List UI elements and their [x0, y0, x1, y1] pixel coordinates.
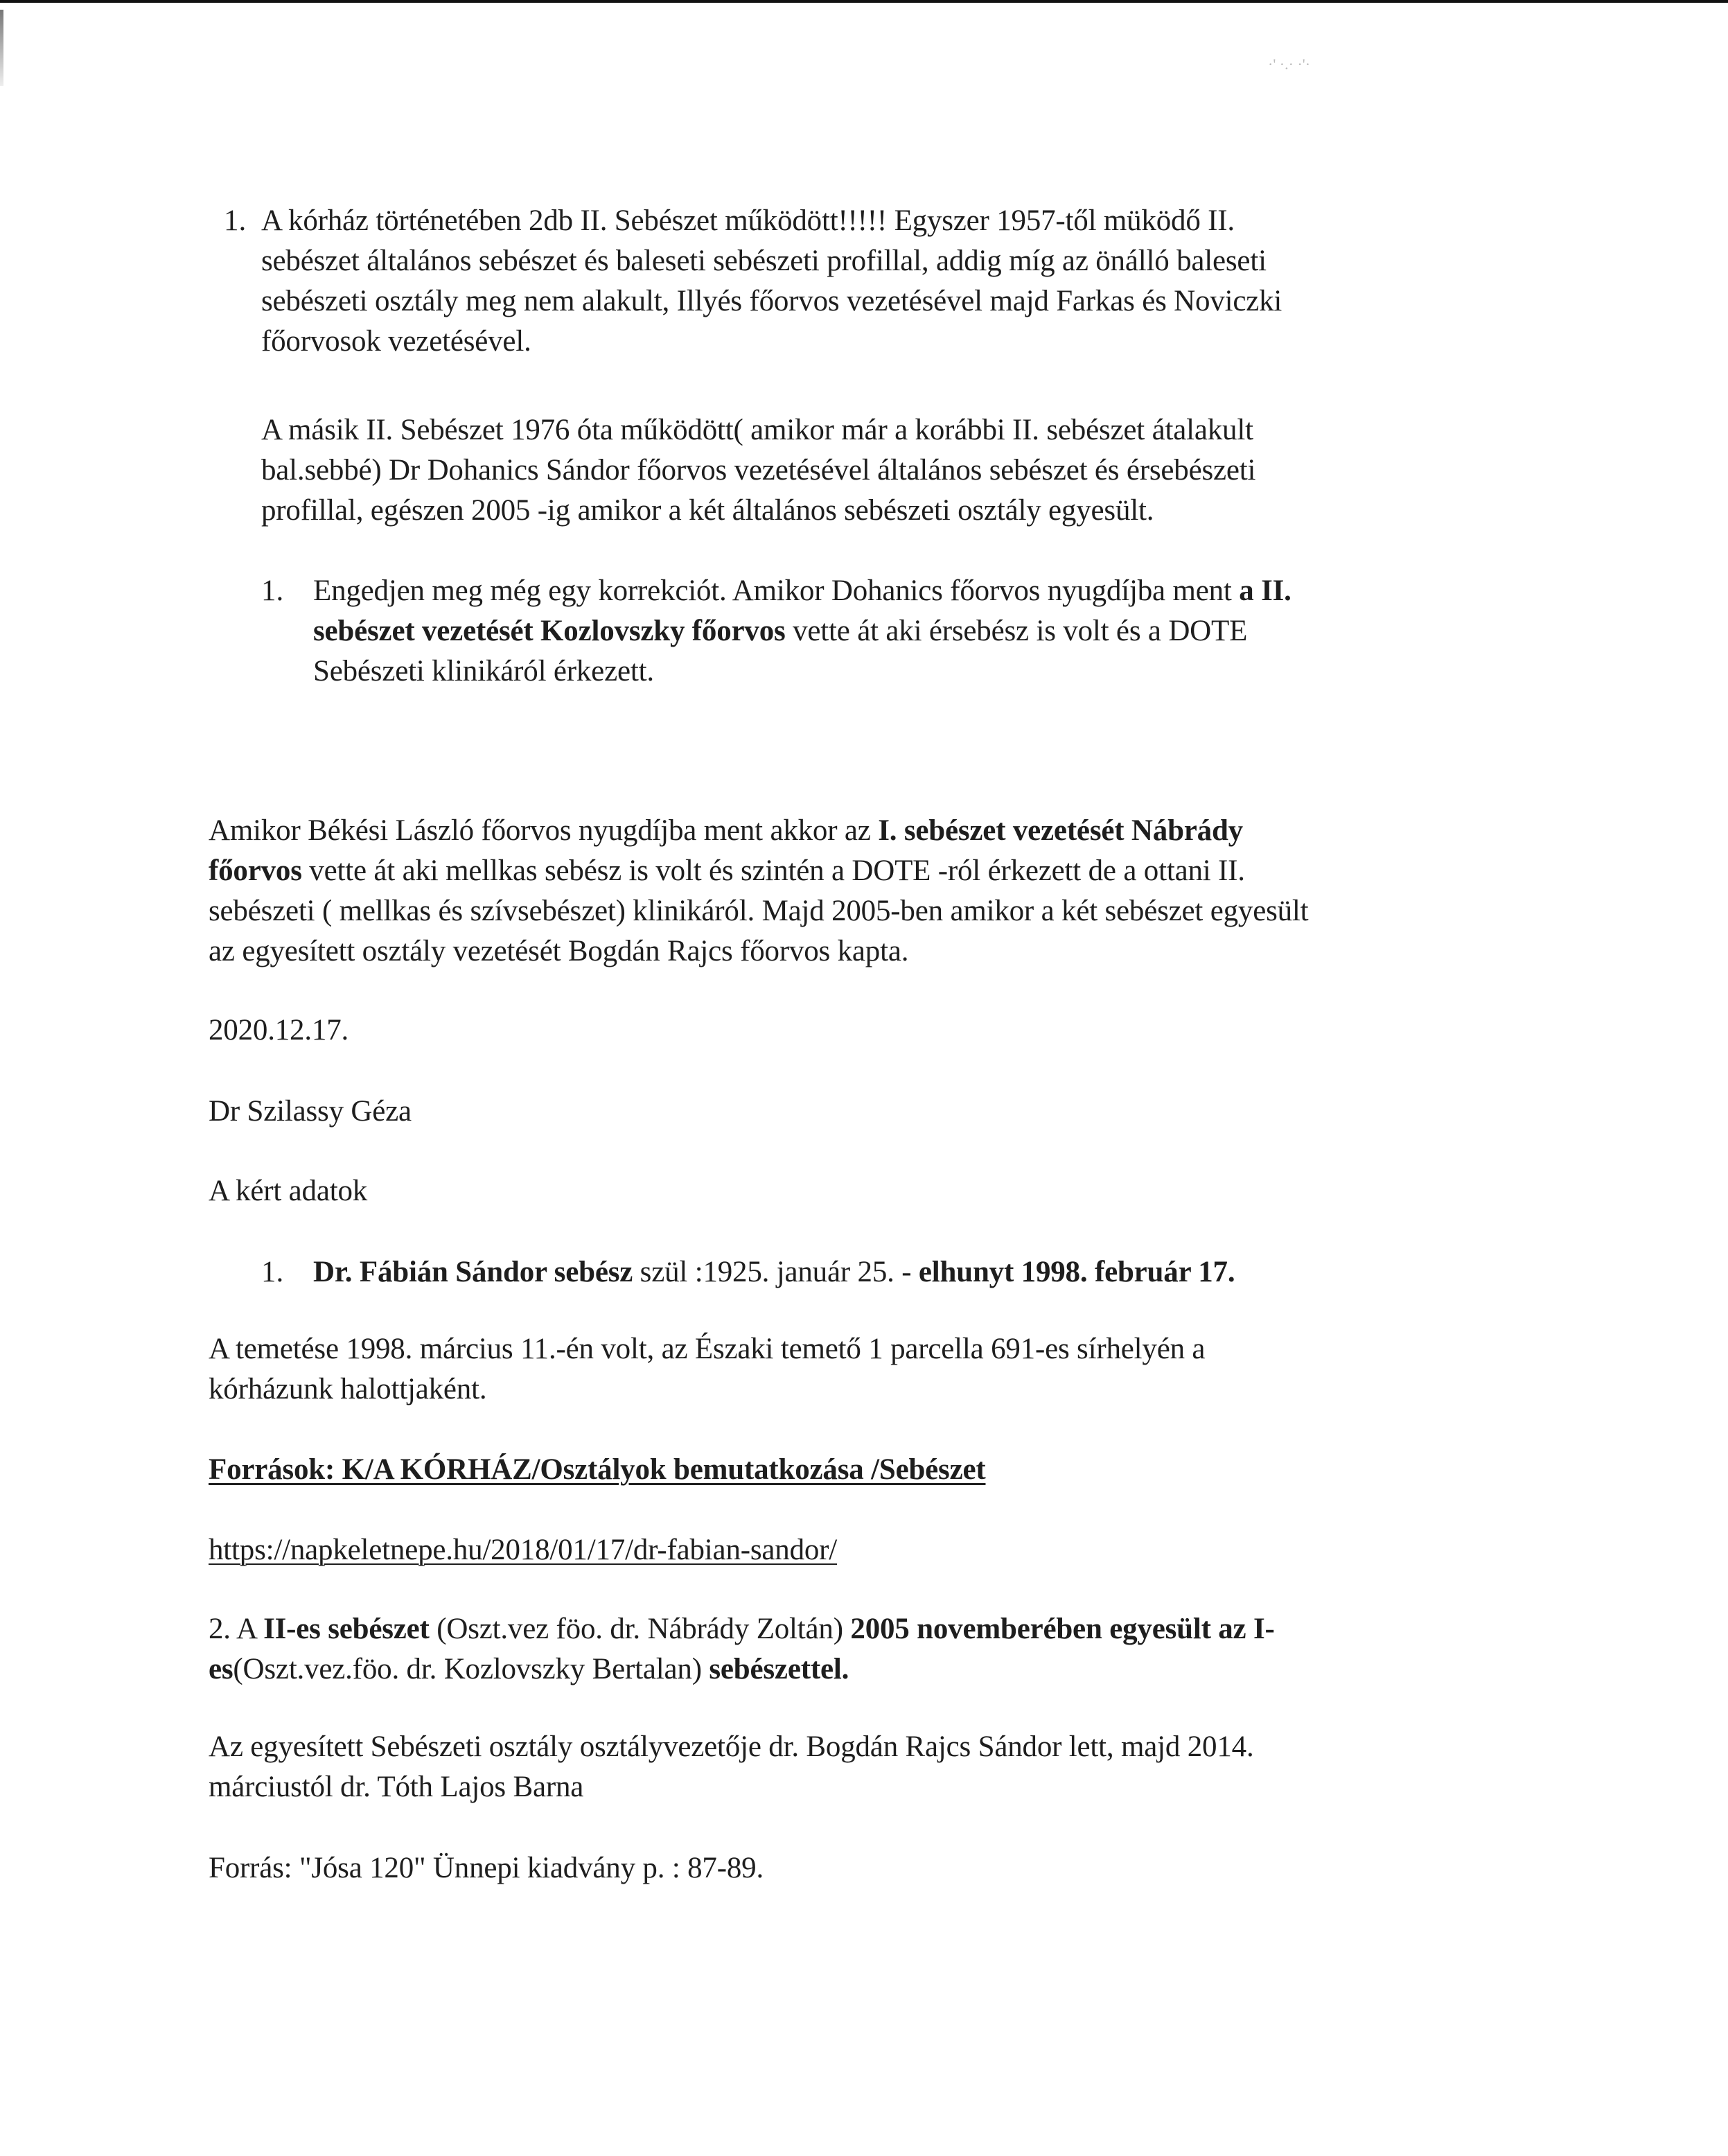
scan-border-left	[0, 10, 3, 86]
item-2-paragraph: 2. A II-es sebészet (Oszt.vez föo. dr. N…	[209, 1609, 1275, 1690]
text-line: Amikor Békési László főorvos nyugdíjba m…	[209, 811, 1308, 851]
section-1b-paragraph: A másik II. Sebészet 1976 óta működött( …	[261, 410, 1255, 531]
bold-span: sebészet vezetését Kozlovszky főorvos	[313, 615, 786, 647]
list-number: 1.	[224, 201, 246, 241]
text-span: (Oszt.vez föo. dr. Nábrády Zoltán)	[430, 1613, 851, 1645]
sources-heading: Források: K/A KÓRHÁZ/Osztályok bemutatko…	[209, 1450, 985, 1490]
final-source: Forrás: "Jósa 120" Ünnepi kiadvány p. : …	[209, 1848, 764, 1888]
text-span: 2. A	[209, 1613, 263, 1645]
text-span: Amikor Békési László főorvos nyugdíjba m…	[209, 814, 878, 847]
text-line: es(Oszt.vez.föo. dr. Kozlovszky Bertalan…	[209, 1649, 1275, 1690]
section-1-paragraph: A kórház történetében 2db II. Sebészet m…	[261, 201, 1282, 362]
text-line: profillal, egészen 2005 -ig amikor a két…	[261, 491, 1255, 531]
bold-span: 2005 novemberében egyesült az I-	[850, 1613, 1274, 1645]
text-span: szül :1925. január 25. -	[633, 1256, 919, 1288]
funeral-paragraph: A temetése 1998. március 11.-én volt, az…	[209, 1329, 1205, 1410]
text-span: (Oszt.vez.föo. dr. Kozlovszky Bertalan)	[233, 1653, 709, 1685]
bold-span: I. sebészet vezetését Nábrády	[878, 814, 1243, 847]
bold-span: Dr. Fábián Sándor sebész	[313, 1256, 633, 1288]
text-span: vette át aki mellkas sebész is volt és s…	[302, 854, 1245, 887]
bold-span: es	[209, 1653, 233, 1685]
text-line: Sebészeti klinikáról érkezett.	[313, 651, 1291, 692]
bekesi-paragraph: Amikor Békési László főorvos nyugdíjba m…	[209, 811, 1308, 972]
text-line: sebészet vezetését Kozlovszky főorvos ve…	[313, 611, 1291, 651]
text-line: Engedjen meg még egy korrekciót. Amikor …	[313, 571, 1291, 611]
bold-span: elhunyt 1998. február 17.	[919, 1256, 1235, 1288]
correction-paragraph: Engedjen meg még egy korrekciót. Amikor …	[313, 571, 1291, 692]
text-line: főorvos vette át aki mellkas sebész is v…	[209, 851, 1308, 891]
text-line: sebészet általános sebészet és baleseti …	[261, 241, 1282, 281]
signature: Dr Szilassy Géza	[209, 1092, 412, 1132]
bold-span: a II.	[1239, 575, 1291, 607]
list-number: 1.	[261, 571, 283, 611]
list-number: 1.	[261, 1252, 283, 1292]
text-line: sebészeti osztály meg nem alakult, Illyé…	[261, 281, 1282, 322]
text-line: A temetése 1998. március 11.-én volt, az…	[209, 1329, 1205, 1369]
text-line: sebészeti ( mellkas és szívsebészet) kli…	[209, 891, 1308, 931]
text-line: bal.sebbé) Dr Dohanics Sándor főorvos ve…	[261, 450, 1255, 491]
requested-data-heading: A kért adatok	[209, 1171, 367, 1211]
text-line: A kórház történetében 2db II. Sebészet m…	[261, 201, 1282, 241]
text-line: kórházunk halottjaként.	[209, 1369, 1205, 1410]
date: 2020.12.17.	[209, 1010, 349, 1051]
bold-span: II-es sebészet	[263, 1613, 430, 1645]
scan-border-top	[0, 0, 1728, 3]
text-span: vette át aki érsebész is volt és a DOTE	[786, 615, 1248, 647]
text-line: főorvosok vezetésével.	[261, 322, 1282, 362]
text-line: Az egyesített Sebészeti osztály osztályv…	[209, 1727, 1254, 1767]
text-line: az egyesített osztály vezetését Bogdán R…	[209, 931, 1308, 972]
scan-speck: ·' ·.· ·'·	[1268, 55, 1310, 73]
item-1-line: Dr. Fábián Sándor sebész szül :1925. jan…	[313, 1252, 1235, 1292]
merged-department-paragraph: Az egyesített Sebészeti osztály osztályv…	[209, 1727, 1254, 1807]
source-link[interactable]: https://napkeletnepe.hu/2018/01/17/dr-fa…	[209, 1530, 837, 1570]
text-span: Engedjen meg még egy korrekciót. Amikor …	[313, 575, 1239, 607]
bold-span: sebészettel.	[709, 1653, 849, 1685]
text-line: A másik II. Sebészet 1976 óta működött( …	[261, 410, 1255, 450]
bold-span: főorvos	[209, 854, 302, 887]
text-line: márciustól dr. Tóth Lajos Barna	[209, 1767, 1254, 1807]
text-line: 2. A II-es sebészet (Oszt.vez föo. dr. N…	[209, 1609, 1275, 1649]
